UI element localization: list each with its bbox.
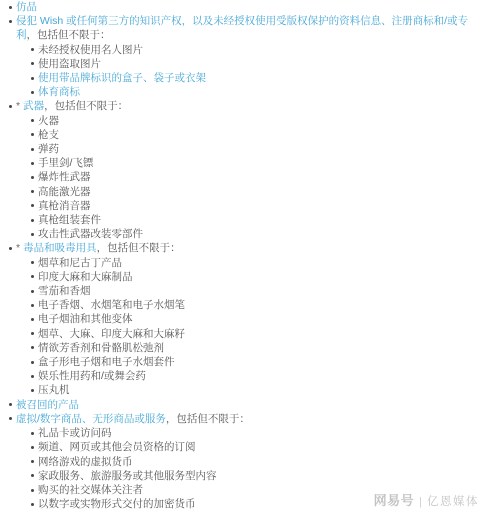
sub-item: 真枪消音器 — [16, 199, 499, 213]
ip-infringement-sublist: 未经授权使用名人图片 使用盗取图片 使用带品牌标识的盒子、袋子或衣架 体育商标 — [16, 43, 499, 100]
link-virtual-digital-goods[interactable]: 虚拟/数字商品、无形商品或服务 — [16, 413, 166, 425]
sub-item: 烟草、大麻、印度大麻和大麻籽 — [16, 327, 499, 341]
sub-item-text: 情欲芳香剂和骨骼肌松弛剂 — [38, 342, 164, 354]
sub-item: 火器 — [16, 114, 499, 128]
sub-item: 盒子形电子烟和电子水烟套件 — [16, 355, 499, 369]
sub-item: 体育商标 — [16, 85, 499, 99]
sub-item: 真枪组装套件 — [16, 213, 499, 227]
item-recalled-products: 被召回的产品 — [0, 398, 499, 412]
item-tail-text: ，包括但不限于： — [97, 242, 181, 254]
sub-item: 未经授权使用名人图片 — [16, 43, 499, 57]
link-counterfeits[interactable]: 仿品 — [16, 1, 37, 13]
link-ip-infringement-line1: 侵犯 Wish 或任何第三方的知识产权，以及未经授权使用受版权保护的资料信息、注… — [16, 15, 468, 27]
sub-item: 情欲芳香剂和骨骼肌松弛剂 — [16, 341, 499, 355]
prohibited-items-list: 仿品 侵犯 Wish 或任何第三方的知识产权，以及未经授权使用受版权保护的资料信… — [0, 0, 499, 511]
sub-item-text: 电子烟油和其他变体 — [38, 313, 133, 325]
sub-item-text: 家政服务、旅游服务或其他服务型内容 — [38, 470, 217, 482]
sub-item-text: 压丸机 — [38, 384, 70, 396]
link-drugs-paraphernalia[interactable]: 毒品和吸毒用具 — [23, 242, 97, 254]
sub-item-text: 以数字或实物形式交付的加密货币 — [38, 498, 196, 510]
sub-item: 枪支 — [16, 128, 499, 142]
footnote-asterisk: * — [16, 242, 20, 254]
sub-item: 频道、网页或其他会员资格的订阅 — [16, 440, 499, 454]
item-drugs-paraphernalia: *毒品和吸毒用具，包括但不限于： 烟草和尼古丁产品 印度大麻和大麻制品 雪茄和香… — [0, 241, 499, 397]
sub-item-text: 真枪消音器 — [38, 200, 91, 212]
footnote-asterisk: * — [16, 100, 20, 112]
sub-item: 印度大麻和大麻制品 — [16, 270, 499, 284]
sub-item-text: 雪茄和香烟 — [38, 285, 91, 297]
item-tail-text: ，包括但不限于： — [166, 413, 250, 425]
netease-hao-watermark: 网易号 | 亿恩媒体 — [374, 494, 479, 509]
item-ip-infringement: 侵犯 Wish 或任何第三方的知识产权，以及未经授权使用受版权保护的资料信息、注… — [0, 14, 499, 99]
sub-item-text: 真枪组装套件 — [38, 214, 101, 226]
link-ip-infringement-line2: 利 — [16, 29, 27, 41]
sub-item: 礼品卡或访问码 — [16, 426, 499, 440]
sub-item-text: 使用盗取图片 — [38, 58, 101, 70]
sub-item-text: 印度大麻和大麻制品 — [38, 271, 133, 283]
sub-item-text: 火器 — [38, 115, 59, 127]
sub-item-text: 购买的社交媒体关注者 — [38, 484, 143, 496]
sub-item-text: 烟草、大麻、印度大麻和大麻籽 — [38, 328, 185, 340]
sub-item-text: 枪支 — [38, 129, 59, 141]
item-tail-text: ，包括但不限于： — [44, 100, 128, 112]
sub-item: 娱乐性用药和/或舞会药 — [16, 369, 499, 383]
sub-item-text: 网络游戏的虚拟货币 — [38, 456, 133, 468]
item-counterfeits: 仿品 — [0, 0, 499, 14]
watermark-divider: | — [419, 495, 422, 509]
sub-item: 压丸机 — [16, 383, 499, 397]
sub-item: 家政服务、旅游服务或其他服务型内容 — [16, 469, 499, 483]
sub-item: 爆炸性武器 — [16, 170, 499, 184]
sub-item-text: 烟草和尼古丁产品 — [38, 257, 122, 269]
sub-item-text: 电子香烟、水烟笔和电子水烟笔 — [38, 299, 185, 311]
sub-item: 高能激光器 — [16, 185, 499, 199]
sub-item-text: 弹药 — [38, 143, 59, 155]
sub-item: 手里剑/飞镖 — [16, 156, 499, 170]
link-recalled-products[interactable]: 被召回的产品 — [16, 399, 79, 411]
sub-item: 烟草和尼古丁产品 — [16, 256, 499, 270]
sub-item: 网络游戏的虚拟货币 — [16, 455, 499, 469]
sub-item-text: 盒子形电子烟和电子水烟套件 — [38, 356, 175, 368]
sub-item-text: 手里剑/飞镖 — [38, 157, 93, 169]
watermark-media-name: 亿恩媒体 — [427, 495, 479, 509]
link-sports-trademarks[interactable]: 体育商标 — [38, 86, 80, 98]
sub-item-text: 高能激光器 — [38, 186, 91, 198]
weapons-sublist: 火器 枪支 弹药 手里剑/飞镖 爆炸性武器 高能激光器 真枪消音器 真枪组装套件… — [16, 114, 499, 242]
sub-item-text: 未经授权使用名人图片 — [38, 44, 143, 56]
drugs-sublist: 烟草和尼古丁产品 印度大麻和大麻制品 雪茄和香烟 电子香烟、水烟笔和电子水烟笔 … — [16, 256, 499, 398]
article-content: 仿品 侵犯 Wish 或任何第三方的知识产权，以及未经授权使用受版权保护的资料信… — [0, 0, 499, 513]
sub-item: 弹药 — [16, 142, 499, 156]
sub-item: 雪茄和香烟 — [16, 284, 499, 298]
sub-item-text: 频道、网页或其他会员资格的订阅 — [38, 441, 196, 453]
item-tail-text: ，包括但不限于： — [27, 29, 111, 41]
sub-item-text: 礼品卡或访问码 — [38, 427, 112, 439]
sub-item: 电子烟油和其他变体 — [16, 312, 499, 326]
sub-item-text: 爆炸性武器 — [38, 171, 91, 183]
link-branded-packaging[interactable]: 使用带品牌标识的盒子、袋子或衣架 — [38, 72, 206, 84]
sub-item: 攻击性武器改装零部件 — [16, 227, 499, 241]
sub-item-text: 娱乐性用药和/或舞会药 — [38, 370, 146, 382]
sub-item: 使用盗取图片 — [16, 57, 499, 71]
netease-hao-logo: 网易号 — [374, 494, 415, 508]
sub-item-text: 攻击性武器改装零部件 — [38, 228, 143, 240]
sub-item: 电子香烟、水烟笔和电子水烟笔 — [16, 298, 499, 312]
sub-item: 使用带品牌标识的盒子、袋子或衣架 — [16, 71, 499, 85]
link-weapons[interactable]: 武器 — [23, 100, 44, 112]
item-weapons: *武器，包括但不限于： 火器 枪支 弹药 手里剑/飞镖 爆炸性武器 高能激光器 … — [0, 99, 499, 241]
